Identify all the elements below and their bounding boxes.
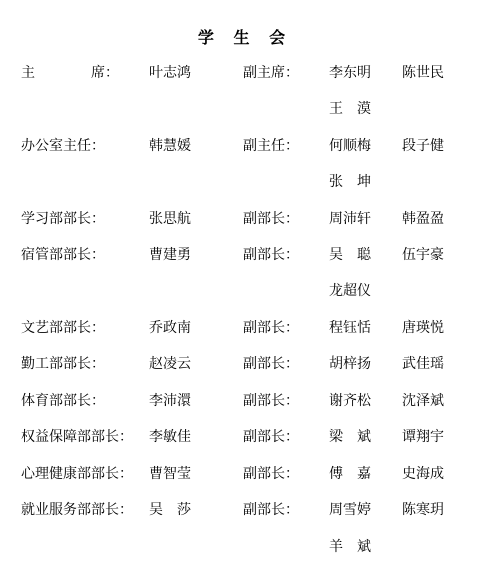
vice-member-name: 谢齐松 <box>329 391 371 411</box>
vice-member-name: 胡梓扬 <box>329 354 371 374</box>
vice-member-name: 武佳瑶 <box>402 354 444 374</box>
vice-member-name: 张 坤 <box>329 172 371 192</box>
vice-role-label: 副部长： <box>243 245 299 265</box>
vice-role-label: 副部长： <box>243 354 299 374</box>
vice-member-name: 程钰恬 <box>329 318 371 338</box>
vice-member-name: 周雪婷 <box>329 500 371 520</box>
vice-role-label: 副部长： <box>243 427 299 447</box>
vice-member-name: 龙超仪 <box>329 281 371 301</box>
vice-role-label: 副主席： <box>243 63 299 83</box>
roster-row: 文艺部部长： 乔政南 副部长： 程钰恬 唐瑛悦 <box>0 318 486 338</box>
vice-member-name: 唐瑛悦 <box>402 318 444 338</box>
role-label: 学习部部长： <box>21 209 105 229</box>
vice-role-label: 副部长： <box>243 318 299 338</box>
roster-row: 羊 斌 <box>0 537 486 557</box>
member-name: 张思航 <box>149 209 191 229</box>
vice-member-name: 伍宇豪 <box>402 245 444 265</box>
member-name: 曹智莹 <box>149 464 191 484</box>
roster-row: 勤工部部长： 赵凌云 副部长： 胡梓扬 武佳瑶 <box>0 354 486 374</box>
roster-row: 办公室主任： 韩慧媛 副主任： 何顺梅 段子健 <box>0 136 486 156</box>
roster-row: 王 漠 <box>0 99 486 119</box>
member-name: 韩慧媛 <box>149 136 191 156</box>
role-label: 宿管部部长： <box>21 245 105 265</box>
vice-member-name: 沈泽斌 <box>402 391 444 411</box>
vice-member-name: 李东明 <box>329 63 371 83</box>
role-label: 办公室主任： <box>21 136 105 156</box>
roster-row: 学习部部长： 张思航 副部长： 周沛轩 韩盈盈 <box>0 209 486 229</box>
vice-role-label: 副部长： <box>243 464 299 484</box>
member-name: 乔政南 <box>149 318 191 338</box>
role-label: 体育部部长： <box>21 391 105 411</box>
member-name: 赵凌云 <box>149 354 191 374</box>
role-label: 权益保障部部长： <box>21 427 133 447</box>
member-name: 曹建勇 <box>149 245 191 265</box>
vice-role-label: 副主任： <box>243 136 299 156</box>
role-label: 心理健康部部长： <box>21 464 133 484</box>
vice-member-name: 周沛轩 <box>329 209 371 229</box>
roster-row: 就业服务部部长： 吴 莎 副部长： 周雪婷 陈寒玥 <box>0 500 486 520</box>
vice-member-name: 王 漠 <box>329 99 371 119</box>
roster-row: 权益保障部部长： 李敏佳 副部长： 梁 斌 谭翔宇 <box>0 427 486 447</box>
vice-member-name: 史海成 <box>402 464 444 484</box>
role-label: 主 席： <box>21 63 119 83</box>
roster-row: 心理健康部部长： 曹智莹 副部长： 傅 嘉 史海成 <box>0 464 486 484</box>
roster-row: 龙超仪 <box>0 281 486 301</box>
page-title: 学 生 会 <box>0 28 486 48</box>
roster-row: 张 坤 <box>0 172 486 192</box>
vice-member-name: 傅 嘉 <box>329 464 371 484</box>
vice-member-name: 段子健 <box>402 136 444 156</box>
vice-role-label: 副部长： <box>243 391 299 411</box>
member-name: 吴 莎 <box>149 500 191 520</box>
member-name: 叶志鸿 <box>149 63 191 83</box>
vice-role-label: 副部长： <box>243 500 299 520</box>
vice-member-name: 梁 斌 <box>329 427 371 447</box>
vice-member-name: 韩盈盈 <box>402 209 444 229</box>
vice-member-name: 陈寒玥 <box>402 500 444 520</box>
role-label: 文艺部部长： <box>21 318 105 338</box>
member-name: 李敏佳 <box>149 427 191 447</box>
vice-member-name: 羊 斌 <box>329 537 371 557</box>
vice-member-name: 谭翔宇 <box>402 427 444 447</box>
vice-member-name: 陈世民 <box>402 63 444 83</box>
roster-row: 主 席： 叶志鸿 副主席： 李东明 陈世民 <box>0 63 486 83</box>
member-name: 李沛澴 <box>149 391 191 411</box>
roster-row: 体育部部长： 李沛澴 副部长： 谢齐松 沈泽斌 <box>0 391 486 411</box>
vice-member-name: 吴 聪 <box>329 245 371 265</box>
roster-row: 宿管部部长： 曹建勇 副部长： 吴 聪 伍宇豪 <box>0 245 486 265</box>
vice-role-label: 副部长： <box>243 209 299 229</box>
vice-member-name: 何顺梅 <box>329 136 371 156</box>
role-label: 就业服务部部长： <box>21 500 133 520</box>
role-label: 勤工部部长： <box>21 354 105 374</box>
